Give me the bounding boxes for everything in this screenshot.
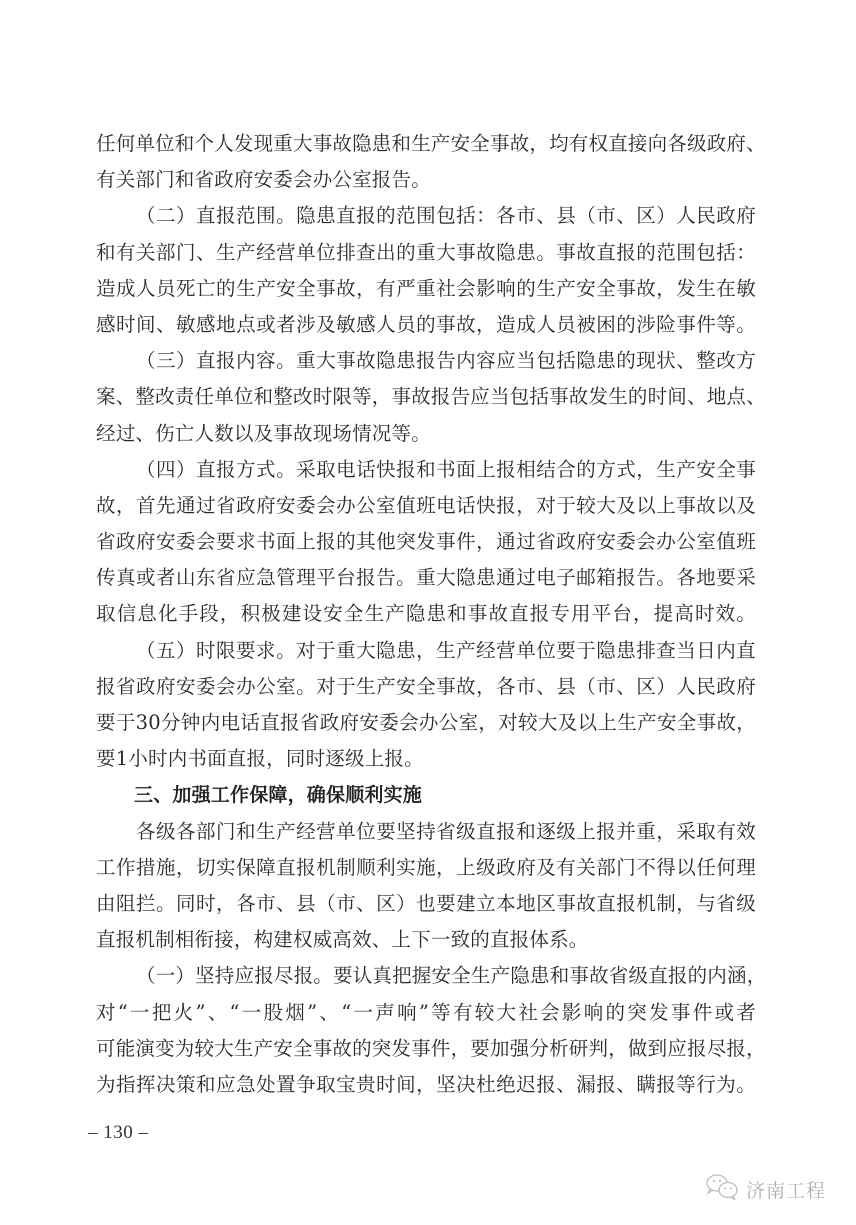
body-line: 和有关部门、生产经营单位排查出的重大事故隐患。事故直报的范围包括：: [96, 235, 756, 271]
body-line: 传真或者山东省应急管理平台报告。重大隐患通过电子邮箱报告。各地要采: [96, 560, 756, 596]
section-five-time-limit: （五）时限要求。对于重大隐患，生产经营单位要于隐患排查当日内直: [96, 633, 756, 669]
body-line: 感时间、敏感地点或者涉及敏感人员的事故，造成人员被困的涉险事件等。: [96, 307, 756, 343]
body-line: 可能演变为较大生产安全事故的突发事件，要加强分析研判，做到应报尽报，: [96, 1031, 756, 1067]
body-line: 对“一把火”、“一股烟”、“一声响”等有较大社会影响的突发事件或者: [96, 995, 756, 1031]
body-line: 故，首先通过省政府安委会办公室值班电话快报，对于较大及以上事故以及: [96, 488, 756, 524]
body-line: 直报机制相衔接，构建权威高效、上下一致的直报体系。: [96, 922, 756, 958]
watermark: 济南工程: [704, 1172, 826, 1206]
section-four-method: （四）直报方式。采取电话快报和书面上报相结合的方式，生产安全事: [96, 452, 756, 488]
body-line: 取信息化手段，积极建设安全生产隐患和事故直报专用平台，提高时效。: [96, 596, 756, 632]
section-two-scope: （二）直报范围。隐患直报的范围包括：各市、县（市、区）人民政府: [96, 198, 756, 234]
body-line: 为指挥决策和应急处置争取宝贵时间，坚决杜绝迟报、漏报、瞒报等行为。: [96, 1067, 756, 1103]
body-line: 造成人员死亡的生产安全事故，有严重社会影响的生产安全事故，发生在敏: [96, 271, 756, 307]
body-line: 经过、伤亡人数以及事故现场情况等。: [96, 416, 756, 452]
page-number: – 130 –: [88, 1122, 149, 1144]
wechat-icon: [704, 1172, 742, 1206]
section-three-content: （三）直报内容。重大事故隐患报告内容应当包括隐患的现状、整改方: [96, 343, 756, 379]
body-line: 报省政府安委会办公室。对于生产安全事故，各市、县（市、区）人民政府: [96, 669, 756, 705]
body-line: 要于30分钟内电话直报省政府安委会办公室，对较大及以上生产安全事故，: [96, 705, 756, 741]
body-line: 有关部门和省政府安委会办公室报告。: [96, 162, 756, 198]
document-page: 任何单位和个人发现重大事故隐患和生产安全事故，均有权直接向各级政府、 有关部门和…: [96, 126, 756, 1103]
body-line: 省政府安委会要求书面上报的其他突发事件，通过省政府安委会办公室值班: [96, 524, 756, 560]
body-line: 各级各部门和生产经营单位要坚持省级直报和逐级上报并重，采取有效: [96, 814, 756, 850]
watermark-text: 济南工程: [746, 1176, 826, 1203]
body-line: 任何单位和个人发现重大事故隐患和生产安全事故，均有权直接向各级政府、: [96, 126, 756, 162]
body-line: 案、整改责任单位和整改时限等，事故报告应当包括事故发生的时间、地点、: [96, 379, 756, 415]
body-line: 要1小时内书面直报，同时逐级上报。: [96, 741, 756, 777]
subsection-one-report-all: （一）坚持应报尽报。要认真把握安全生产隐患和事故省级直报的内涵，: [96, 958, 756, 994]
body-line: 由阻拦。同时，各市、县（市、区）也要建立本地区事故直报机制，与省级: [96, 886, 756, 922]
section-heading: 三、加强工作保障，确保顺利实施: [96, 777, 756, 813]
body-line: 工作措施，切实保障直报机制顺利实施，上级政府及有关部门不得以任何理: [96, 850, 756, 886]
